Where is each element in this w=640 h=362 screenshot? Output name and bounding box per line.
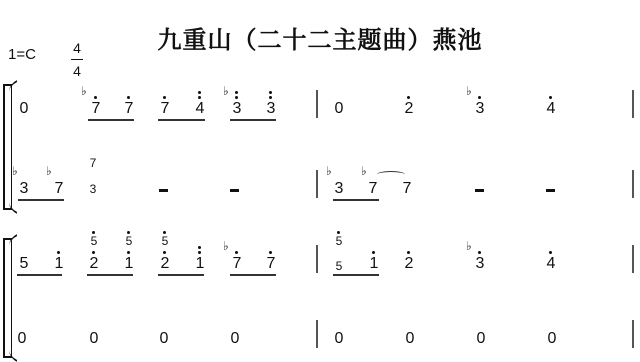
octave-dot <box>269 96 272 99</box>
octave-dot <box>127 96 130 99</box>
note: 2 <box>402 100 416 118</box>
chord-top-note: 5 <box>122 234 136 248</box>
octave-dot <box>198 251 201 254</box>
note: 5 <box>17 255 31 273</box>
staff-row-3: 5 1 5 2 5 1 5 2 1 ♭ 7 7 5 5 1 2 ♭ 3 4 <box>0 243 640 283</box>
note: 3 <box>230 100 244 118</box>
octave-dot <box>198 96 201 99</box>
time-signature: 4 4 <box>70 38 84 81</box>
octave-dot <box>163 251 166 254</box>
note: 0 <box>545 330 559 348</box>
bar-line <box>632 245 634 273</box>
note: 7 <box>122 100 136 118</box>
key-signature: 1=C <box>8 46 36 63</box>
octave-dot <box>235 96 238 99</box>
note: 0 <box>332 100 346 118</box>
octave-dot <box>198 91 201 94</box>
note: 7 <box>52 180 66 198</box>
flat-icon: ♭ <box>46 164 52 178</box>
octave-dot <box>407 96 410 99</box>
eighth-beam <box>87 274 133 276</box>
flat-icon: ♭ <box>81 84 87 98</box>
staff-row-4: 0 0 0 0 0 0 0 0 <box>0 318 640 358</box>
eighth-beam <box>333 199 379 201</box>
score-title: 九重山（二十二主题曲）燕池 <box>0 20 640 55</box>
staff-row-1: 0 ♭ 7 7 7 4 ♭ 3 3 0 2 ♭ 3 4 <box>0 88 640 128</box>
note: 7 <box>158 100 172 118</box>
note: 3 <box>17 180 31 198</box>
note: 0 <box>403 330 417 348</box>
octave-dot <box>235 91 238 94</box>
octave-dot <box>407 251 410 254</box>
bar-line <box>632 90 634 118</box>
octave-dot <box>198 246 201 249</box>
octave-dot <box>372 251 375 254</box>
tie-slur <box>377 171 405 178</box>
note: 3 <box>473 100 487 118</box>
note: 7 <box>366 180 380 198</box>
note: 3 <box>332 180 346 198</box>
octave-dot <box>94 96 97 99</box>
time-signature-bottom: 4 <box>70 61 84 81</box>
extension-dash <box>475 189 484 192</box>
chord-top-note: 5 <box>332 234 346 248</box>
flat-icon: ♭ <box>223 239 229 253</box>
note: 7 <box>400 180 414 198</box>
note: 0 <box>17 100 31 118</box>
flat-icon: ♭ <box>466 239 472 253</box>
octave-dot <box>478 251 481 254</box>
note: 7 <box>89 100 103 118</box>
note: 1 <box>122 255 136 273</box>
time-signature-top: 4 <box>70 38 84 58</box>
note: 0 <box>15 330 29 348</box>
eighth-beam <box>230 119 276 121</box>
flat-icon: ♭ <box>12 164 18 178</box>
eighth-beam <box>158 119 205 121</box>
time-signature-line <box>71 59 83 60</box>
note: 2 <box>158 255 172 273</box>
bar-line <box>316 245 318 273</box>
bar-line <box>316 170 318 198</box>
octave-dot <box>235 251 238 254</box>
note: 0 <box>87 330 101 348</box>
note: 4 <box>544 255 558 273</box>
note: 0 <box>228 330 242 348</box>
note: 0 <box>157 330 171 348</box>
note: 0 <box>332 330 346 348</box>
flat-icon: ♭ <box>361 164 367 178</box>
bar-line <box>316 90 318 118</box>
eighth-beam <box>333 274 379 276</box>
octave-dot <box>269 91 272 94</box>
note: 2 <box>87 255 101 273</box>
extension-dash <box>230 189 239 192</box>
eighth-beam <box>17 274 62 276</box>
note: 3 <box>264 100 278 118</box>
flat-icon: ♭ <box>326 164 332 178</box>
eighth-beam <box>18 199 64 201</box>
note: 7 <box>264 255 278 273</box>
eighth-beam <box>88 119 134 121</box>
note: 7 <box>230 255 244 273</box>
note: 4 <box>193 100 207 118</box>
bar-line <box>316 320 318 348</box>
note: 5 <box>332 257 346 275</box>
note: 1 <box>193 255 207 273</box>
note: 3 <box>473 255 487 273</box>
note: 1 <box>52 255 66 273</box>
extension-dash <box>159 189 168 192</box>
flat-icon: ♭ <box>466 84 472 98</box>
octave-dot <box>269 251 272 254</box>
octave-dot <box>478 96 481 99</box>
flat-icon: ♭ <box>223 84 229 98</box>
bar-line <box>632 170 634 198</box>
chord-top-note: 5 <box>87 234 101 248</box>
octave-dot <box>549 251 552 254</box>
chord-top-note: 5 <box>158 234 172 248</box>
octave-dot <box>549 96 552 99</box>
octave-dot <box>57 251 60 254</box>
note: 2 <box>402 255 416 273</box>
octave-dot <box>127 251 130 254</box>
note: 1 <box>367 255 381 273</box>
eighth-beam <box>230 274 276 276</box>
eighth-beam <box>158 274 204 276</box>
chord-bottom-note: 3 <box>86 180 100 198</box>
octave-dot <box>92 251 95 254</box>
extension-dash <box>546 189 555 192</box>
chord-top-note: 7 <box>86 156 100 170</box>
note: 0 <box>474 330 488 348</box>
staff-row-2: ♭ 3 ♭ 7 7 3 ♭ 3 ♭ 7 7 <box>0 168 640 208</box>
note: 4 <box>544 100 558 118</box>
bar-line <box>632 320 634 348</box>
octave-dot <box>163 96 166 99</box>
